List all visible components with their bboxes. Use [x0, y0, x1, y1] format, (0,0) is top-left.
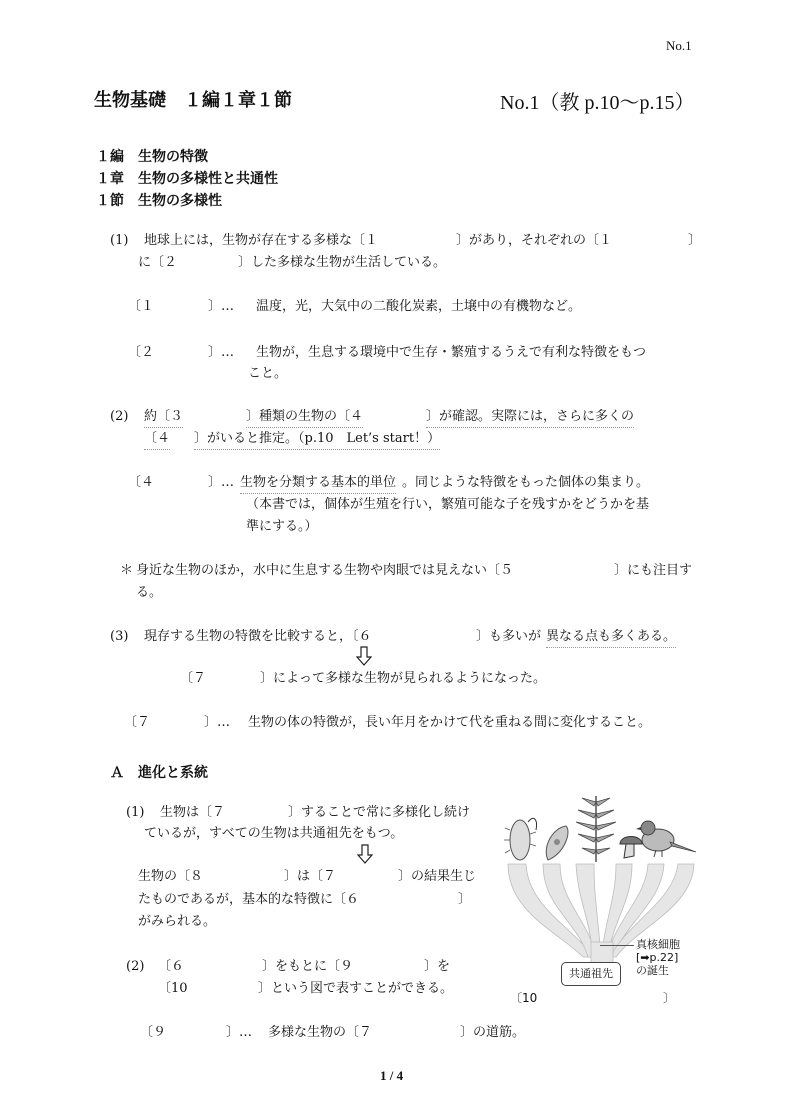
definition-key: 〔７ [124, 714, 150, 732]
text: 〕がいると推定。（p.10 Let’s start！） [194, 430, 440, 450]
definition-text: 。同じような特徴をもった個体の集まり。 [402, 474, 649, 492]
page-title-range: No.1（教 p.10〜p.15） [500, 86, 694, 115]
note-line: 真核細胞 [636, 938, 680, 951]
definition-close: 〕… [226, 1024, 252, 1042]
definition-text: 生物が，生息する環境中で生存・繁殖するうえで有利な特徴をもつ [256, 344, 646, 362]
question-number: (2) [110, 408, 128, 426]
definition-text: 温度，光，大気中の二酸化炭素，土壌中の有機物など。 [256, 298, 581, 316]
definition-close: 〕… [208, 474, 234, 492]
definition-text: （本書では，個体が生殖を行い，繁殖可能な子を残すかをどうかを基 [246, 496, 649, 514]
text: 〕も多いが [476, 628, 541, 646]
page-footer: 1 / 4 [380, 1068, 403, 1084]
definition-key: 〔４ [128, 474, 154, 492]
heading-part: １編 生物の特徴 [96, 146, 208, 166]
ancestor-label: 共通祖先 [569, 967, 613, 980]
eukaryote-note: 真核細胞 [➡p.22] の誕生 [636, 938, 680, 977]
definition-close: 〕… [208, 298, 234, 316]
bird-icon [636, 818, 698, 858]
text: 〕があり，それぞれの〔１ [456, 232, 612, 250]
question-number: (1) [110, 232, 128, 250]
plant-icon [574, 792, 618, 864]
page-number-header: No.1 [666, 38, 692, 54]
text: 生物の〔８ [138, 868, 203, 886]
definition-text: 生物を分類する基本的単位 [240, 474, 396, 494]
definition-close: 〕… [208, 344, 234, 362]
text: 〕の結果生じ [398, 868, 476, 886]
leader-line [600, 945, 634, 946]
note-text: 身近な生物のほか，水中に生息する生物や肉眼では見えない〔５ [136, 562, 513, 580]
text: 〕という図で表すことができる。 [258, 980, 453, 998]
text: 〕を [424, 958, 450, 976]
note-line: の誕生 [636, 964, 680, 977]
text: 〕は〔７ [284, 868, 336, 886]
note-mark: ＊ [120, 562, 133, 580]
text: 約〔３ [144, 408, 183, 428]
caption-open: 〔10 [510, 989, 537, 1006]
definition-text: こと。 [248, 365, 287, 383]
text: ているが，すべての生物は共通祖先をもつ。 [144, 825, 403, 843]
heading-section: １節 生物の多様性 [96, 190, 222, 210]
down-arrow-icon [357, 844, 373, 864]
definition-text: 生物の体の特徴が，長い年月をかけて代を重ねる間に変化すること。 [248, 714, 651, 732]
text: 〕 [688, 232, 701, 250]
text: 〕した多様な生物が生活している。 [238, 254, 446, 272]
page-title: 生物基礎 １編１章１節 [94, 86, 292, 112]
text: たものであるが，基本的な特徴に〔６ [138, 891, 359, 909]
text: 異なる点も多くある。 [546, 628, 676, 648]
definition-text: 準にする。） [246, 518, 318, 536]
text: 〕をもとに〔９ [262, 958, 353, 976]
ancestor-box: 共通祖先 [561, 962, 621, 986]
bacterium-icon [504, 810, 540, 862]
text: 〔７ [180, 670, 206, 688]
question-number: (2) [126, 958, 144, 976]
text: 〕が確認。実際には，さらに多くの [426, 408, 634, 428]
text: がみられる。 [138, 913, 216, 931]
question-number: (1) [126, 804, 144, 822]
definition-text: 〕の道筋。 [460, 1024, 525, 1042]
text: 〕することで常に多様化し続け [288, 804, 470, 822]
text: 地球上には，生物が存在する多様な〔１ [144, 232, 378, 250]
down-arrow-icon [356, 646, 372, 666]
definition-key: 〔１ [128, 298, 154, 316]
text: 〕によって多様な生物が見られるようになった。 [260, 670, 546, 688]
note-line: [➡p.22] [636, 951, 680, 964]
question-number: (3) [110, 628, 128, 646]
definition-text: 多様な生物の〔７ [268, 1024, 372, 1042]
text: 生物は〔７ [160, 804, 225, 822]
text: 〕種類の生物の〔４ [246, 408, 363, 428]
text: 〕 [458, 891, 471, 909]
phylogenetic-tree-figure: 共通祖先 真核細胞 [➡p.22] の誕生 〔10 〕 [498, 792, 708, 1007]
protist-icon [542, 824, 572, 864]
text: 〔６ [158, 958, 184, 976]
note-text: る。 [136, 584, 162, 602]
definition-close: 〕… [204, 714, 230, 732]
text: 現存する生物の特徴を比較すると，〔６ [144, 628, 372, 646]
text: に〔２ [138, 254, 177, 272]
note-text: 〕にも注目す [614, 562, 692, 580]
caption-close: 〕 [663, 989, 675, 1006]
heading-chapter: １章 生物の多様性と共通性 [96, 168, 278, 188]
text: 〔４ [144, 430, 170, 450]
section-title: Ａ 進化と系統 [110, 762, 208, 782]
definition-key: 〔２ [128, 344, 154, 362]
definition-key: 〔９ [140, 1024, 166, 1042]
text: 〔10 [158, 980, 188, 998]
